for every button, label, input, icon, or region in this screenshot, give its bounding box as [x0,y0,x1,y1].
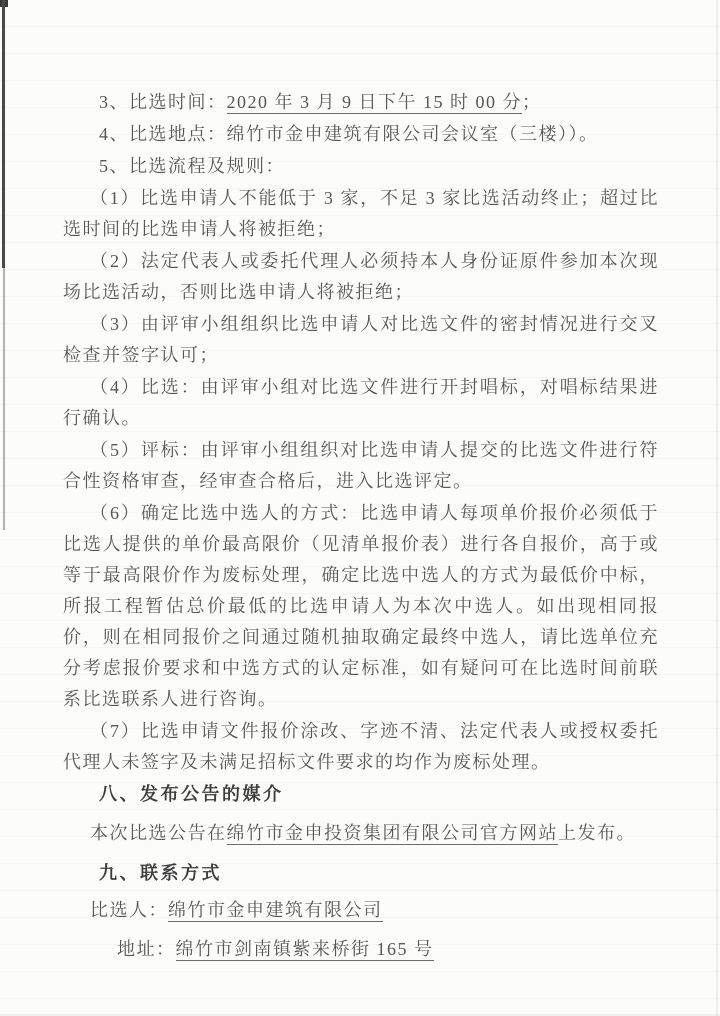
announce-website-name: 绵竹市金申投资集团有限公司官方网站 [227,823,559,845]
clause-2-paragraph: （2）法定代表人或委托代理人必须持本人身份证原件参加本次现场比选活动，否则比选申… [63,246,659,308]
announce-prefix: 本次比选公告在 [90,823,227,843]
announce-suffix: 上发布。 [558,823,636,843]
contact-selector-line: 比选人：绵竹市金申建筑有限公司 [63,895,659,926]
clause-3-paragraph: （3）由评审小组组织比选申请人对比选文件的密封情况进行交叉检查并签字认可； [63,309,659,371]
scan-edge-line-dark-artifact [2,0,5,268]
document-body: 3、比选时间：2020 年 3 月 9 日下午 15 时 00 分； 4、比选地… [63,86,659,965]
selection-time-value: 2020 年 3 月 9 日下午 15 时 00 分 [227,92,523,114]
clause-1-paragraph: （1）比选申请人不能低于 3 家，不足 3 家比选活动终止；超过比选时间的比选申… [63,183,659,245]
list-item-selection-place: 4、比选地点：绵竹市金申建筑有限公司会议室（三楼））。 [63,119,659,150]
section-heading-publish-media: 八、发布公告的媒介 [63,779,659,810]
address-value: 绵竹市剑南镇紫来桥街 165 号 [176,939,434,961]
clause-6-paragraph: （6）确定比选中选人的方式：比选申请人每项单价报价必须低于比选人提供的单价最高限… [63,498,659,715]
scan-edge-right-artifact [716,0,718,1016]
list-item-selection-time: 3、比选时间：2020 年 3 月 9 日下午 15 时 00 分； [63,87,659,118]
selection-time-punct: ； [522,92,542,112]
clause-7-paragraph: （7）比选申请文件报价涂改、字迹不清、法定代表人或授权委托代理人未签字及未满足招… [63,716,659,778]
scanned-document-page: 3、比选时间：2020 年 3 月 9 日下午 15 时 00 分； 4、比选地… [0,0,720,1016]
clause-4-paragraph: （4）比选：由评审小组对比选文件进行开封唱标，对唱标结果进行确认。 [63,372,659,434]
list-item-selection-rules: 5、比选流程及规则： [63,151,659,182]
clause-5-paragraph: （5）评标：由评审小组组织对比选申请人提交的比选文件进行符合性资格审查，经审查合… [63,435,659,497]
scan-edge-line-light-artifact [3,268,5,530]
selector-company-name: 绵竹市金申建筑有限公司 [168,900,383,922]
contact-address-line: 地址：绵竹市剑南镇紫来桥街 165 号 [63,934,659,965]
announcement-website-paragraph: 本次比选公告在绵竹市金申投资集团有限公司官方网站上发布。 [63,818,659,849]
selection-time-label: 3、比选时间： [99,92,227,112]
section-heading-contact: 九、联系方式 [63,858,659,889]
selector-label: 比选人： [90,900,168,920]
address-label: 地址： [117,939,176,959]
